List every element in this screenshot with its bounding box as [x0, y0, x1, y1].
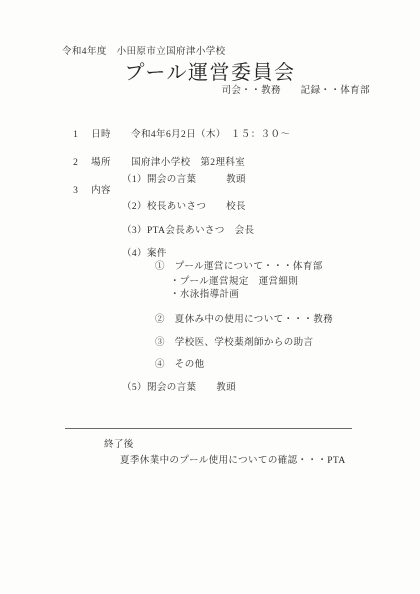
page-title: プール運営委員会 — [0, 61, 420, 85]
meta-number: 3 — [73, 186, 91, 197]
case-item-3: ③ 学校医、学校薬剤師からの助言 — [155, 338, 313, 349]
meta-number: 2 — [73, 158, 91, 169]
agenda-item-2: （2）校長あいさつ 校長 — [122, 202, 246, 213]
meta-row-contents: 3内容 — [62, 175, 131, 209]
case-item-2: ② 夏休み中の使用について・・・教務 — [155, 315, 333, 326]
case-item-1: ① プール運営について・・・体育部 — [155, 262, 323, 273]
meta-label: 日時 — [91, 130, 131, 141]
meta-label: 内容 — [91, 186, 131, 197]
footer-divider — [65, 428, 352, 429]
document-header: 令和4年度 小田原市立国府津小学校 — [62, 47, 226, 58]
meta-number: 1 — [73, 130, 91, 141]
case-item-1-sub-2: ・水泳指導計画 — [170, 290, 239, 301]
meta-value: 国府津小学校 第2理科室 — [131, 158, 245, 168]
roles-line: 司会・・教務 記録・・体育部 — [221, 86, 370, 97]
agenda-item-4: （4）案件 — [122, 249, 167, 260]
agenda-item-1: （1）開会の言葉 教頭 — [122, 175, 246, 186]
case-item-4: ④ その他 — [155, 360, 205, 371]
footer-note: 夏季休業中のプール使用についての確認・・・PTA — [120, 456, 346, 467]
case-item-1-sub-1: ・プール運営規定 運営細則 — [170, 277, 298, 288]
footer-after-label: 終了後 — [104, 440, 134, 451]
document-page: 令和4年度 小田原市立国府津小学校 プール運営委員会 司会・・教務 記録・・体育… — [0, 0, 420, 594]
agenda-item-3: （3）PTA会長あいさつ 会長 — [122, 226, 254, 237]
meta-value: 令和4年6月2日（木） １５：３０～ — [131, 130, 290, 140]
meta-label: 場所 — [91, 158, 131, 169]
agenda-item-5: （5）閉会の言葉 教頭 — [122, 383, 236, 394]
